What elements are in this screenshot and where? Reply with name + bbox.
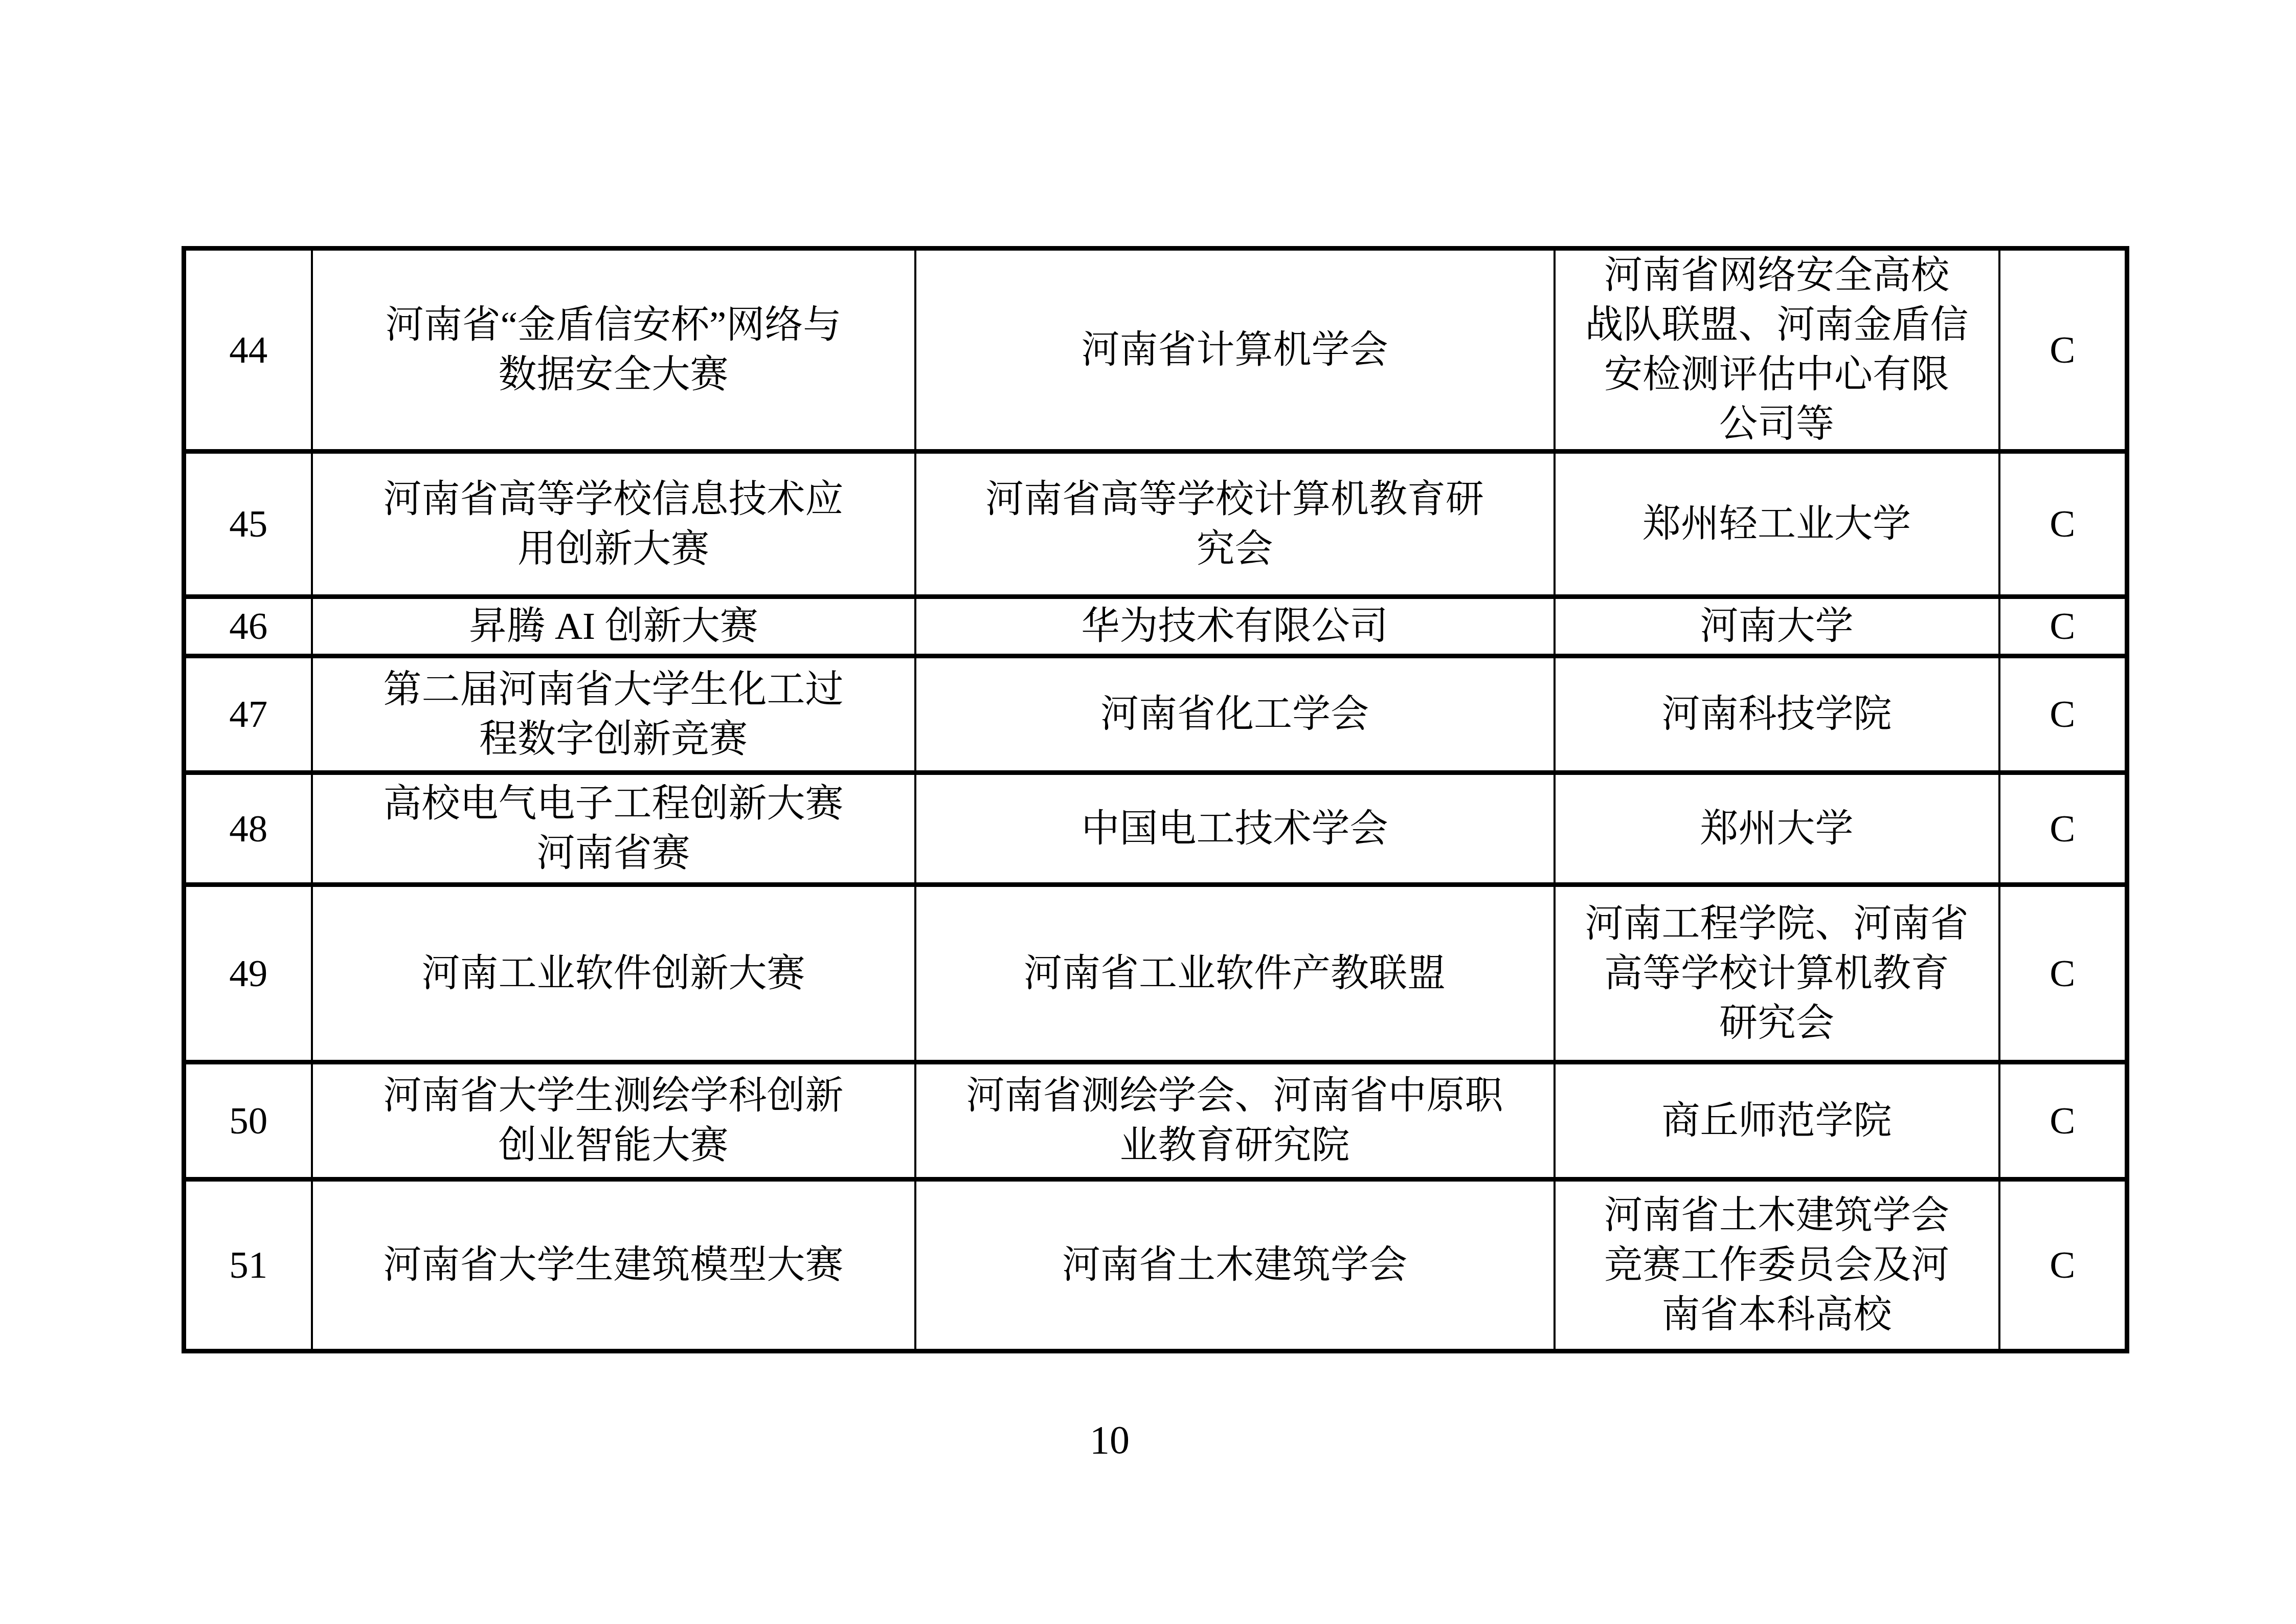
table-row: 46 昇腾 AI 创新大赛 华为技术有限公司 河南大学 C: [184, 597, 2127, 656]
competition-name-cell: 河南省高等学校信息技术应 用创新大赛: [312, 452, 915, 597]
grade-cell: C: [1999, 249, 2127, 452]
rank-cell: 49: [184, 885, 312, 1062]
organizer-cell: 河南省计算机学会: [915, 249, 1555, 452]
host-cell: 郑州轻工业大学: [1555, 452, 1999, 597]
document-page: 44 河南省“金盾信安杯”网络与 数据安全大赛 河南省计算机学会 河南省网络安全…: [0, 0, 2296, 1624]
host-cell: 河南省网络安全高校 战队联盟、河南金盾信 安检测评估中心有限 公司等: [1555, 249, 1999, 452]
table-row: 51 河南省大学生建筑模型大赛 河南省土木建筑学会 河南省土木建筑学会 竞赛工作…: [184, 1180, 2127, 1351]
page-number: 10: [0, 1417, 2219, 1463]
table-row: 50 河南省大学生测绘学科创新 创业智能大赛 河南省测绘学会、河南省中原职 业教…: [184, 1062, 2127, 1180]
table-row: 47 第二届河南省大学生化工过 程数字创新竞赛 河南省化工学会 河南科技学院 C: [184, 656, 2127, 773]
host-cell: 河南工程学院、河南省 高等学校计算机教育 研究会: [1555, 885, 1999, 1062]
grade-cell: C: [1999, 1062, 2127, 1180]
grade-cell: C: [1999, 1180, 2127, 1351]
table-row: 48 高校电气电子工程创新大赛 河南省赛 中国电工技术学会 郑州大学 C: [184, 773, 2127, 885]
table-row: 49 河南工业软件创新大赛 河南省工业软件产教联盟 河南工程学院、河南省 高等学…: [184, 885, 2127, 1062]
competition-name-cell: 第二届河南省大学生化工过 程数字创新竞赛: [312, 656, 915, 773]
rank-cell: 50: [184, 1062, 312, 1180]
rank-cell: 47: [184, 656, 312, 773]
competition-name-cell: 河南省“金盾信安杯”网络与 数据安全大赛: [312, 249, 915, 452]
organizer-cell: 华为技术有限公司: [915, 597, 1555, 656]
organizer-cell: 中国电工技术学会: [915, 773, 1555, 885]
rank-cell: 45: [184, 452, 312, 597]
host-cell: 郑州大学: [1555, 773, 1999, 885]
organizer-cell: 河南省测绘学会、河南省中原职 业教育研究院: [915, 1062, 1555, 1180]
competition-name-cell: 河南省大学生建筑模型大赛: [312, 1180, 915, 1351]
organizer-cell: 河南省土木建筑学会: [915, 1180, 1555, 1351]
host-cell: 河南大学: [1555, 597, 1999, 656]
rank-cell: 44: [184, 249, 312, 452]
host-cell: 商丘师范学院: [1555, 1062, 1999, 1180]
grade-cell: C: [1999, 773, 2127, 885]
organizer-cell: 河南省工业软件产教联盟: [915, 885, 1555, 1062]
rank-cell: 46: [184, 597, 312, 656]
organizer-cell: 河南省高等学校计算机教育研 究会: [915, 452, 1555, 597]
competition-name-cell: 高校电气电子工程创新大赛 河南省赛: [312, 773, 915, 885]
grade-cell: C: [1999, 597, 2127, 656]
competition-table: 44 河南省“金盾信安杯”网络与 数据安全大赛 河南省计算机学会 河南省网络安全…: [182, 246, 2129, 1353]
competition-name-cell: 河南工业软件创新大赛: [312, 885, 915, 1062]
rank-cell: 51: [184, 1180, 312, 1351]
competition-name-cell: 昇腾 AI 创新大赛: [312, 597, 915, 656]
host-cell: 河南科技学院: [1555, 656, 1999, 773]
competition-name-cell: 河南省大学生测绘学科创新 创业智能大赛: [312, 1062, 915, 1180]
organizer-cell: 河南省化工学会: [915, 656, 1555, 773]
rank-cell: 48: [184, 773, 312, 885]
grade-cell: C: [1999, 452, 2127, 597]
grade-cell: C: [1999, 885, 2127, 1062]
table-row: 44 河南省“金盾信安杯”网络与 数据安全大赛 河南省计算机学会 河南省网络安全…: [184, 249, 2127, 452]
grade-cell: C: [1999, 656, 2127, 773]
table-row: 45 河南省高等学校信息技术应 用创新大赛 河南省高等学校计算机教育研 究会 郑…: [184, 452, 2127, 597]
host-cell: 河南省土木建筑学会 竞赛工作委员会及河 南省本科高校: [1555, 1180, 1999, 1351]
